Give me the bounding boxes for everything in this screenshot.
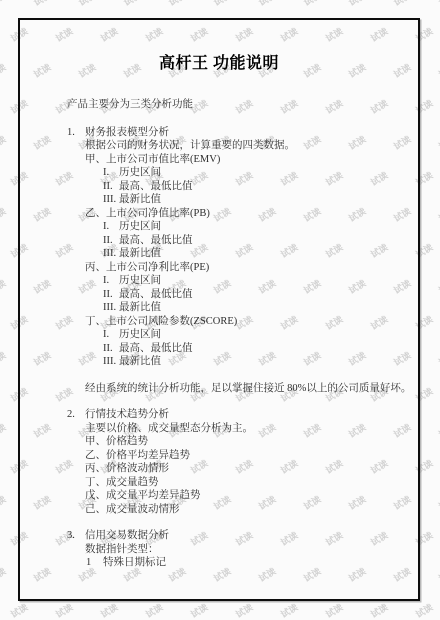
section-1: 1.财务报表模型分析根据公司的财务状况，计算重要的四类数据。甲、上市公司市值比率… <box>20 126 418 396</box>
section-heading-text: 行情技术趋势分析 <box>85 409 169 420</box>
watermark: 试读 <box>256 0 278 9</box>
section-heading: 3.信用交易数据分析 <box>20 529 418 543</box>
watermark: 试读 <box>436 60 440 80</box>
line-number: II. <box>103 234 119 248</box>
line-text: 最新比值 <box>119 302 161 313</box>
line-text: 主要以价格、成交量型态分析为主。 <box>85 423 253 434</box>
line-text: 最新比值 <box>119 194 161 205</box>
watermark: 试读 <box>98 600 120 620</box>
line-text: 乙、价格平均差异趋势 <box>85 450 190 461</box>
line-number: III. <box>103 301 119 315</box>
doc-line: I.历史区间 <box>20 220 418 234</box>
section-3: 3.信用交易数据分析数据指针类型：1特殊日期标记 <box>20 529 418 570</box>
section-number: 2. <box>67 408 85 422</box>
doc-line: II.最高、最低比值 <box>20 342 418 356</box>
watermark: 试读 <box>436 204 440 224</box>
doc-line: II.最高、最低比值 <box>20 234 418 248</box>
line-text: 数据指针类型： <box>85 544 159 555</box>
section-2: 2.行情技术趋势分析主要以价格、成交量型态分析为主。甲、价格趋势乙、价格平均差异… <box>20 408 418 516</box>
line-text: 丙、上市公司净利比率(PE) <box>85 262 209 273</box>
watermark: 试读 <box>0 204 8 224</box>
watermark: 试读 <box>0 132 8 152</box>
watermark: 试读 <box>436 348 440 368</box>
watermark: 试读 <box>0 420 8 440</box>
line-text: 经由系统的统计分析功能，足以掌握住接近 80%以上的公司质量好坏。 <box>85 383 411 394</box>
line-text: 己、成交量波动情形 <box>85 504 180 515</box>
line-number: III. <box>103 247 119 261</box>
line-number: I. <box>103 328 119 342</box>
watermark: 试读 <box>413 600 435 620</box>
line-text: 根据公司的财务状况，计算重要的四类数据。 <box>85 140 295 151</box>
section-heading: 1.财务报表模型分析 <box>20 126 418 140</box>
line-number: II. <box>103 180 119 194</box>
watermark: 试读 <box>0 276 8 296</box>
watermark: 试读 <box>368 600 390 620</box>
watermark: 试读 <box>323 600 345 620</box>
sections-container: 1.财务报表模型分析根据公司的财务状况，计算重要的四类数据。甲、上市公司市值比率… <box>20 126 418 570</box>
watermark: 试读 <box>53 600 75 620</box>
watermark: 试读 <box>31 0 53 9</box>
line-number: II. <box>103 288 119 302</box>
doc-line: 甲、价格趋势 <box>20 435 418 449</box>
line-text: 最高、最低比值 <box>119 181 193 192</box>
watermark: 试读 <box>0 0 8 9</box>
watermark: 试读 <box>0 492 8 512</box>
line-text: 历史区间 <box>119 329 161 340</box>
doc-line: II.最高、最低比值 <box>20 180 418 194</box>
doc-line: 根据公司的财务状况，计算重要的四类数据。 <box>20 139 418 153</box>
line-text: 甲、价格趋势 <box>85 436 148 447</box>
line-text: 甲、上市公司市值比率(EMV) <box>85 154 220 165</box>
page-frame: 高杆王 功能说明 产品主要分为三类分析功能 1.财务报表模型分析根据公司的财务状… <box>18 18 420 601</box>
doc-line: 主要以价格、成交量型态分析为主。 <box>20 422 418 436</box>
doc-line: 丙、上市公司净利比率(PE) <box>20 261 418 275</box>
doc-line: III.最新比值 <box>20 355 418 369</box>
line-text: 最新比值 <box>119 248 161 259</box>
page-title: 高杆王 功能说明 <box>20 50 418 73</box>
doc-line: 戊、成交量平均差异趋势 <box>20 489 418 503</box>
line-text: 最高、最低比值 <box>119 343 193 354</box>
line-text: 最高、最低比值 <box>119 235 193 246</box>
doc-line: 经由系统的统计分析功能，足以掌握住接近 80%以上的公司质量好坏。 <box>20 382 418 396</box>
line-text: 最高、最低比值 <box>119 289 193 300</box>
doc-line: III.最新比值 <box>20 301 418 315</box>
line-text: 丙、价格波动情形 <box>85 463 169 474</box>
section-heading-text: 信用交易数据分析 <box>85 530 169 541</box>
doc-line: 乙、价格平均差异趋势 <box>20 449 418 463</box>
line-text: 丁、上市公司风险参数(ZSCORE) <box>85 316 237 327</box>
line-text: 历史区间 <box>119 275 161 286</box>
doc-line: 丁、成交量趋势 <box>20 476 418 490</box>
line-text: 乙、上市公司净值比率(PB) <box>85 208 210 219</box>
line-text: 戊、成交量平均差异趋势 <box>85 490 201 501</box>
watermark: 试读 <box>188 600 210 620</box>
watermark: 试读 <box>436 132 440 152</box>
watermark: 试读 <box>166 0 188 9</box>
doc-line: I.历史区间 <box>20 166 418 180</box>
watermark: 试读 <box>436 420 440 440</box>
section-heading: 2.行情技术趋势分析 <box>20 408 418 422</box>
doc-line: II.最高、最低比值 <box>20 288 418 302</box>
doc-line: 己、成交量波动情形 <box>20 503 418 517</box>
watermark: 试读 <box>436 276 440 296</box>
doc-line: 乙、上市公司净值比率(PB) <box>20 207 418 221</box>
line-number: III. <box>103 355 119 369</box>
line-text: 历史区间 <box>119 167 161 178</box>
doc-line: 甲、上市公司市值比率(EMV) <box>20 153 418 167</box>
watermark: 试读 <box>436 564 440 584</box>
watermark: 试读 <box>233 600 255 620</box>
line-number: I. <box>103 166 119 180</box>
watermark: 试读 <box>8 600 30 620</box>
intro-line: 产品主要分为三类分析功能 <box>20 98 418 112</box>
line-number: I. <box>103 220 119 234</box>
watermark: 试读 <box>391 0 413 9</box>
watermark: 试读 <box>0 564 8 584</box>
doc-line: III.最新比值 <box>20 247 418 261</box>
section-number: 3. <box>67 529 85 543</box>
doc-line: 丁、上市公司风险参数(ZSCORE) <box>20 315 418 329</box>
line-number: III. <box>103 193 119 207</box>
watermark: 试读 <box>0 60 8 80</box>
section-number: 1. <box>67 126 85 140</box>
watermark: 试读 <box>346 0 368 9</box>
watermark: 试读 <box>301 0 323 9</box>
line-number: II. <box>103 342 119 356</box>
doc-line: 丙、价格波动情形 <box>20 462 418 476</box>
line-text: 特殊日期标记 <box>103 557 166 568</box>
watermark: 试读 <box>278 600 300 620</box>
line-text: 丁、成交量趋势 <box>85 477 159 488</box>
watermark: 试读 <box>143 600 165 620</box>
watermark: 试读 <box>211 0 233 9</box>
doc-line: 数据指针类型： <box>20 543 418 557</box>
watermark: 试读 <box>436 0 440 9</box>
watermark: 试读 <box>0 348 8 368</box>
doc-line: I.历史区间 <box>20 274 418 288</box>
line-text: 最新比值 <box>119 356 161 367</box>
doc-line: III.最新比值 <box>20 193 418 207</box>
section-heading-text: 财务报表模型分析 <box>85 127 169 138</box>
doc-line: 1特殊日期标记 <box>20 556 418 570</box>
line-number: 1 <box>86 556 103 570</box>
line-text: 历史区间 <box>119 221 161 232</box>
watermark: 试读 <box>76 0 98 9</box>
line-number: I. <box>103 274 119 288</box>
watermark: 试读 <box>121 0 143 9</box>
watermark: 试读 <box>436 492 440 512</box>
doc-line: I.历史区间 <box>20 328 418 342</box>
blank-line <box>20 369 418 382</box>
